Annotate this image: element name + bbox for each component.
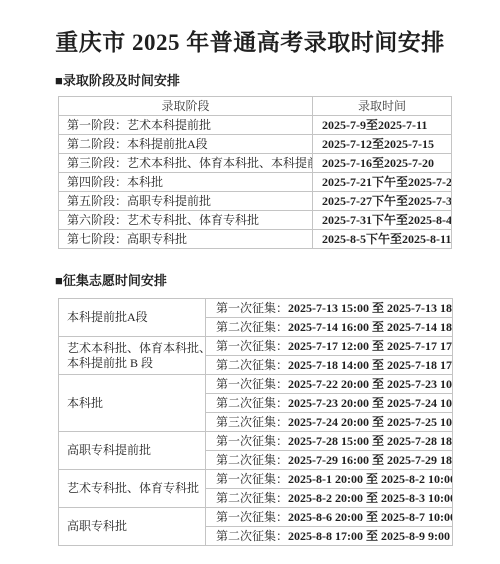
table-header-row: 录取阶段 录取时间	[59, 97, 452, 116]
collection-time-cell: 第二次征集：2025-7-29 16:00 至 2025-7-29 18:00	[206, 451, 453, 470]
collection-round-label: 第三次征集：	[216, 415, 288, 429]
stages-table: 录取阶段 录取时间 第一阶段：艺术本科提前批 2025-7-9至2025-7-1…	[58, 96, 452, 249]
collection-time-cell: 第一次征集：2025-8-1 20:00 至 2025-8-2 10:00	[206, 470, 453, 489]
table-row: 第六阶段：艺术专科批、体育专科批 2025-7-31下午至2025-8-4	[59, 211, 452, 230]
stage-cell: 第六阶段：艺术专科批、体育专科批	[59, 211, 313, 230]
batch-cell: 本科提前批A段	[59, 299, 206, 337]
collection-round-label: 第二次征集：	[216, 396, 288, 410]
collection-round-label: 第二次征集：	[216, 529, 288, 543]
batch-label: 本科批	[67, 396, 205, 411]
collection-time-range: 2025-7-18 14:00 至 2025-7-18 17:00	[288, 358, 452, 372]
time-cell: 2025-7-21下午至2025-7-26	[313, 173, 452, 192]
batch-label: 本科提前批 B 段	[67, 356, 205, 371]
collection-time-cell: 第一次征集：2025-7-22 20:00 至 2025-7-23 10:00	[206, 375, 453, 394]
stage-cell: 第三阶段：艺术本科批、体育本科批、本科提前批B段	[59, 154, 313, 173]
collection-round-label: 第一次征集：	[216, 339, 288, 353]
table-row: 第二阶段：本科提前批A段 2025-7-12至2025-7-15	[59, 135, 452, 154]
collection-round-label: 第一次征集：	[216, 510, 288, 524]
batch-cell: 高职专科批	[59, 508, 206, 546]
document-page: 重庆市 2025 年普通高考录取时间安排 ■录取阶段及时间安排 录取阶段 录取时…	[0, 24, 500, 546]
collection-table: 本科提前批A段 第一次征集：2025-7-13 15:00 至 2025-7-1…	[58, 298, 453, 546]
collection-time-range: 2025-8-8 17:00 至 2025-8-9 9:00	[288, 529, 450, 543]
collection-time-cell: 第二次征集：2025-7-14 16:00 至 2025-7-14 18:00	[206, 318, 453, 337]
collection-time-cell: 第二次征集：2025-8-8 17:00 至 2025-8-9 9:00	[206, 527, 453, 546]
time-cell: 2025-7-27下午至2025-7-31	[313, 192, 452, 211]
collection-time-cell: 第一次征集：2025-7-17 12:00 至 2025-7-17 17:00	[206, 337, 453, 356]
time-cell: 2025-7-9至2025-7-11	[313, 116, 452, 135]
stage-header-cell: 录取阶段	[59, 97, 313, 116]
time-cell: 2025-8-5下午至2025-8-11	[313, 230, 452, 249]
table-row: 高职专科提前批 第一次征集：2025-7-28 15:00 至 2025-7-2…	[59, 432, 453, 451]
time-cell: 2025-7-16至2025-7-20	[313, 154, 452, 173]
collection-time-range: 2025-7-22 20:00 至 2025-7-23 10:00	[288, 377, 452, 391]
batch-cell: 本科批	[59, 375, 206, 432]
table-row: 艺术本科批、体育本科批、 本科提前批 B 段 第一次征集：2025-7-17 1…	[59, 337, 453, 356]
collection-time-range: 2025-7-23 20:00 至 2025-7-24 10:00	[288, 396, 452, 410]
collection-round-label: 第一次征集：	[216, 301, 288, 315]
batch-cell: 高职专科提前批	[59, 432, 206, 470]
collection-time-range: 2025-7-28 15:00 至 2025-7-28 18:00	[288, 434, 452, 448]
collection-time-cell: 第一次征集：2025-8-6 20:00 至 2025-8-7 10:00	[206, 508, 453, 527]
batch-label: 艺术本科批、体育本科批、	[67, 341, 205, 356]
collection-time-cell: 第二次征集：2025-7-23 20:00 至 2025-7-24 10:00	[206, 394, 453, 413]
collection-time-range: 2025-7-13 15:00 至 2025-7-13 18:00	[288, 301, 452, 315]
collection-time-cell: 第一次征集：2025-7-13 15:00 至 2025-7-13 18:00	[206, 299, 453, 318]
table-row: 高职专科批 第一次征集：2025-8-6 20:00 至 2025-8-7 10…	[59, 508, 453, 527]
collection-round-label: 第一次征集：	[216, 472, 288, 486]
collection-time-range: 2025-8-1 20:00 至 2025-8-2 10:00	[288, 472, 452, 486]
collection-round-label: 第二次征集：	[216, 491, 288, 505]
table-row: 本科提前批A段 第一次征集：2025-7-13 15:00 至 2025-7-1…	[59, 299, 453, 318]
collection-time-range: 2025-7-14 16:00 至 2025-7-14 18:00	[288, 320, 452, 334]
collection-time-cell: 第二次征集：2025-7-18 14:00 至 2025-7-18 17:00	[206, 356, 453, 375]
section-heading-stages: ■录取阶段及时间安排	[55, 70, 500, 89]
stage-cell: 第二阶段：本科提前批A段	[59, 135, 313, 154]
collection-time-range: 2025-7-29 16:00 至 2025-7-29 18:00	[288, 453, 452, 467]
collection-time-range: 2025-7-17 12:00 至 2025-7-17 17:00	[288, 339, 452, 353]
table-row: 艺术专科批、体育专科批 第一次征集：2025-8-1 20:00 至 2025-…	[59, 470, 453, 489]
table-row: 第一阶段：艺术本科提前批 2025-7-9至2025-7-11	[59, 116, 452, 135]
collection-round-label: 第一次征集：	[216, 434, 288, 448]
collection-round-label: 第二次征集：	[216, 358, 288, 372]
table-row: 第五阶段：高职专科提前批 2025-7-27下午至2025-7-31	[59, 192, 452, 211]
collection-time-range: 2025-8-2 20:00 至 2025-8-3 10:00	[288, 491, 452, 505]
stage-cell: 第一阶段：艺术本科提前批	[59, 116, 313, 135]
table-row: 本科批 第一次征集：2025-7-22 20:00 至 2025-7-23 10…	[59, 375, 453, 394]
page-title: 重庆市 2025 年普通高考录取时间安排	[0, 24, 500, 57]
table-row: 第三阶段：艺术本科批、体育本科批、本科提前批B段 2025-7-16至2025-…	[59, 154, 452, 173]
time-header-cell: 录取时间	[313, 97, 452, 116]
time-cell: 2025-7-12至2025-7-15	[313, 135, 452, 154]
batch-cell: 艺术专科批、体育专科批	[59, 470, 206, 508]
batch-cell: 艺术本科批、体育本科批、 本科提前批 B 段	[59, 337, 206, 375]
table-row: 第七阶段：高职专科批 2025-8-5下午至2025-8-11	[59, 230, 452, 249]
stage-cell: 第七阶段：高职专科批	[59, 230, 313, 249]
time-cell: 2025-7-31下午至2025-8-4	[313, 211, 452, 230]
batch-label: 高职专科提前批	[67, 443, 205, 458]
batch-label: 艺术专科批、体育专科批	[67, 481, 205, 496]
batch-label: 高职专科批	[67, 519, 205, 534]
stage-cell: 第四阶段：本科批	[59, 173, 313, 192]
collection-time-cell: 第一次征集：2025-7-28 15:00 至 2025-7-28 18:00	[206, 432, 453, 451]
collection-time-cell: 第二次征集：2025-8-2 20:00 至 2025-8-3 10:00	[206, 489, 453, 508]
collection-round-label: 第一次征集：	[216, 377, 288, 391]
batch-label: 本科提前批A段	[67, 310, 205, 325]
table-row: 第四阶段：本科批 2025-7-21下午至2025-7-26	[59, 173, 452, 192]
collection-time-cell: 第三次征集：2025-7-24 20:00 至 2025-7-25 10:00	[206, 413, 453, 432]
collection-time-range: 2025-7-24 20:00 至 2025-7-25 10:00	[288, 415, 452, 429]
collection-time-range: 2025-8-6 20:00 至 2025-8-7 10:00	[288, 510, 452, 524]
stage-cell: 第五阶段：高职专科提前批	[59, 192, 313, 211]
section-heading-collection: ■征集志愿时间安排	[55, 270, 500, 289]
collection-round-label: 第二次征集：	[216, 453, 288, 467]
collection-round-label: 第二次征集：	[216, 320, 288, 334]
